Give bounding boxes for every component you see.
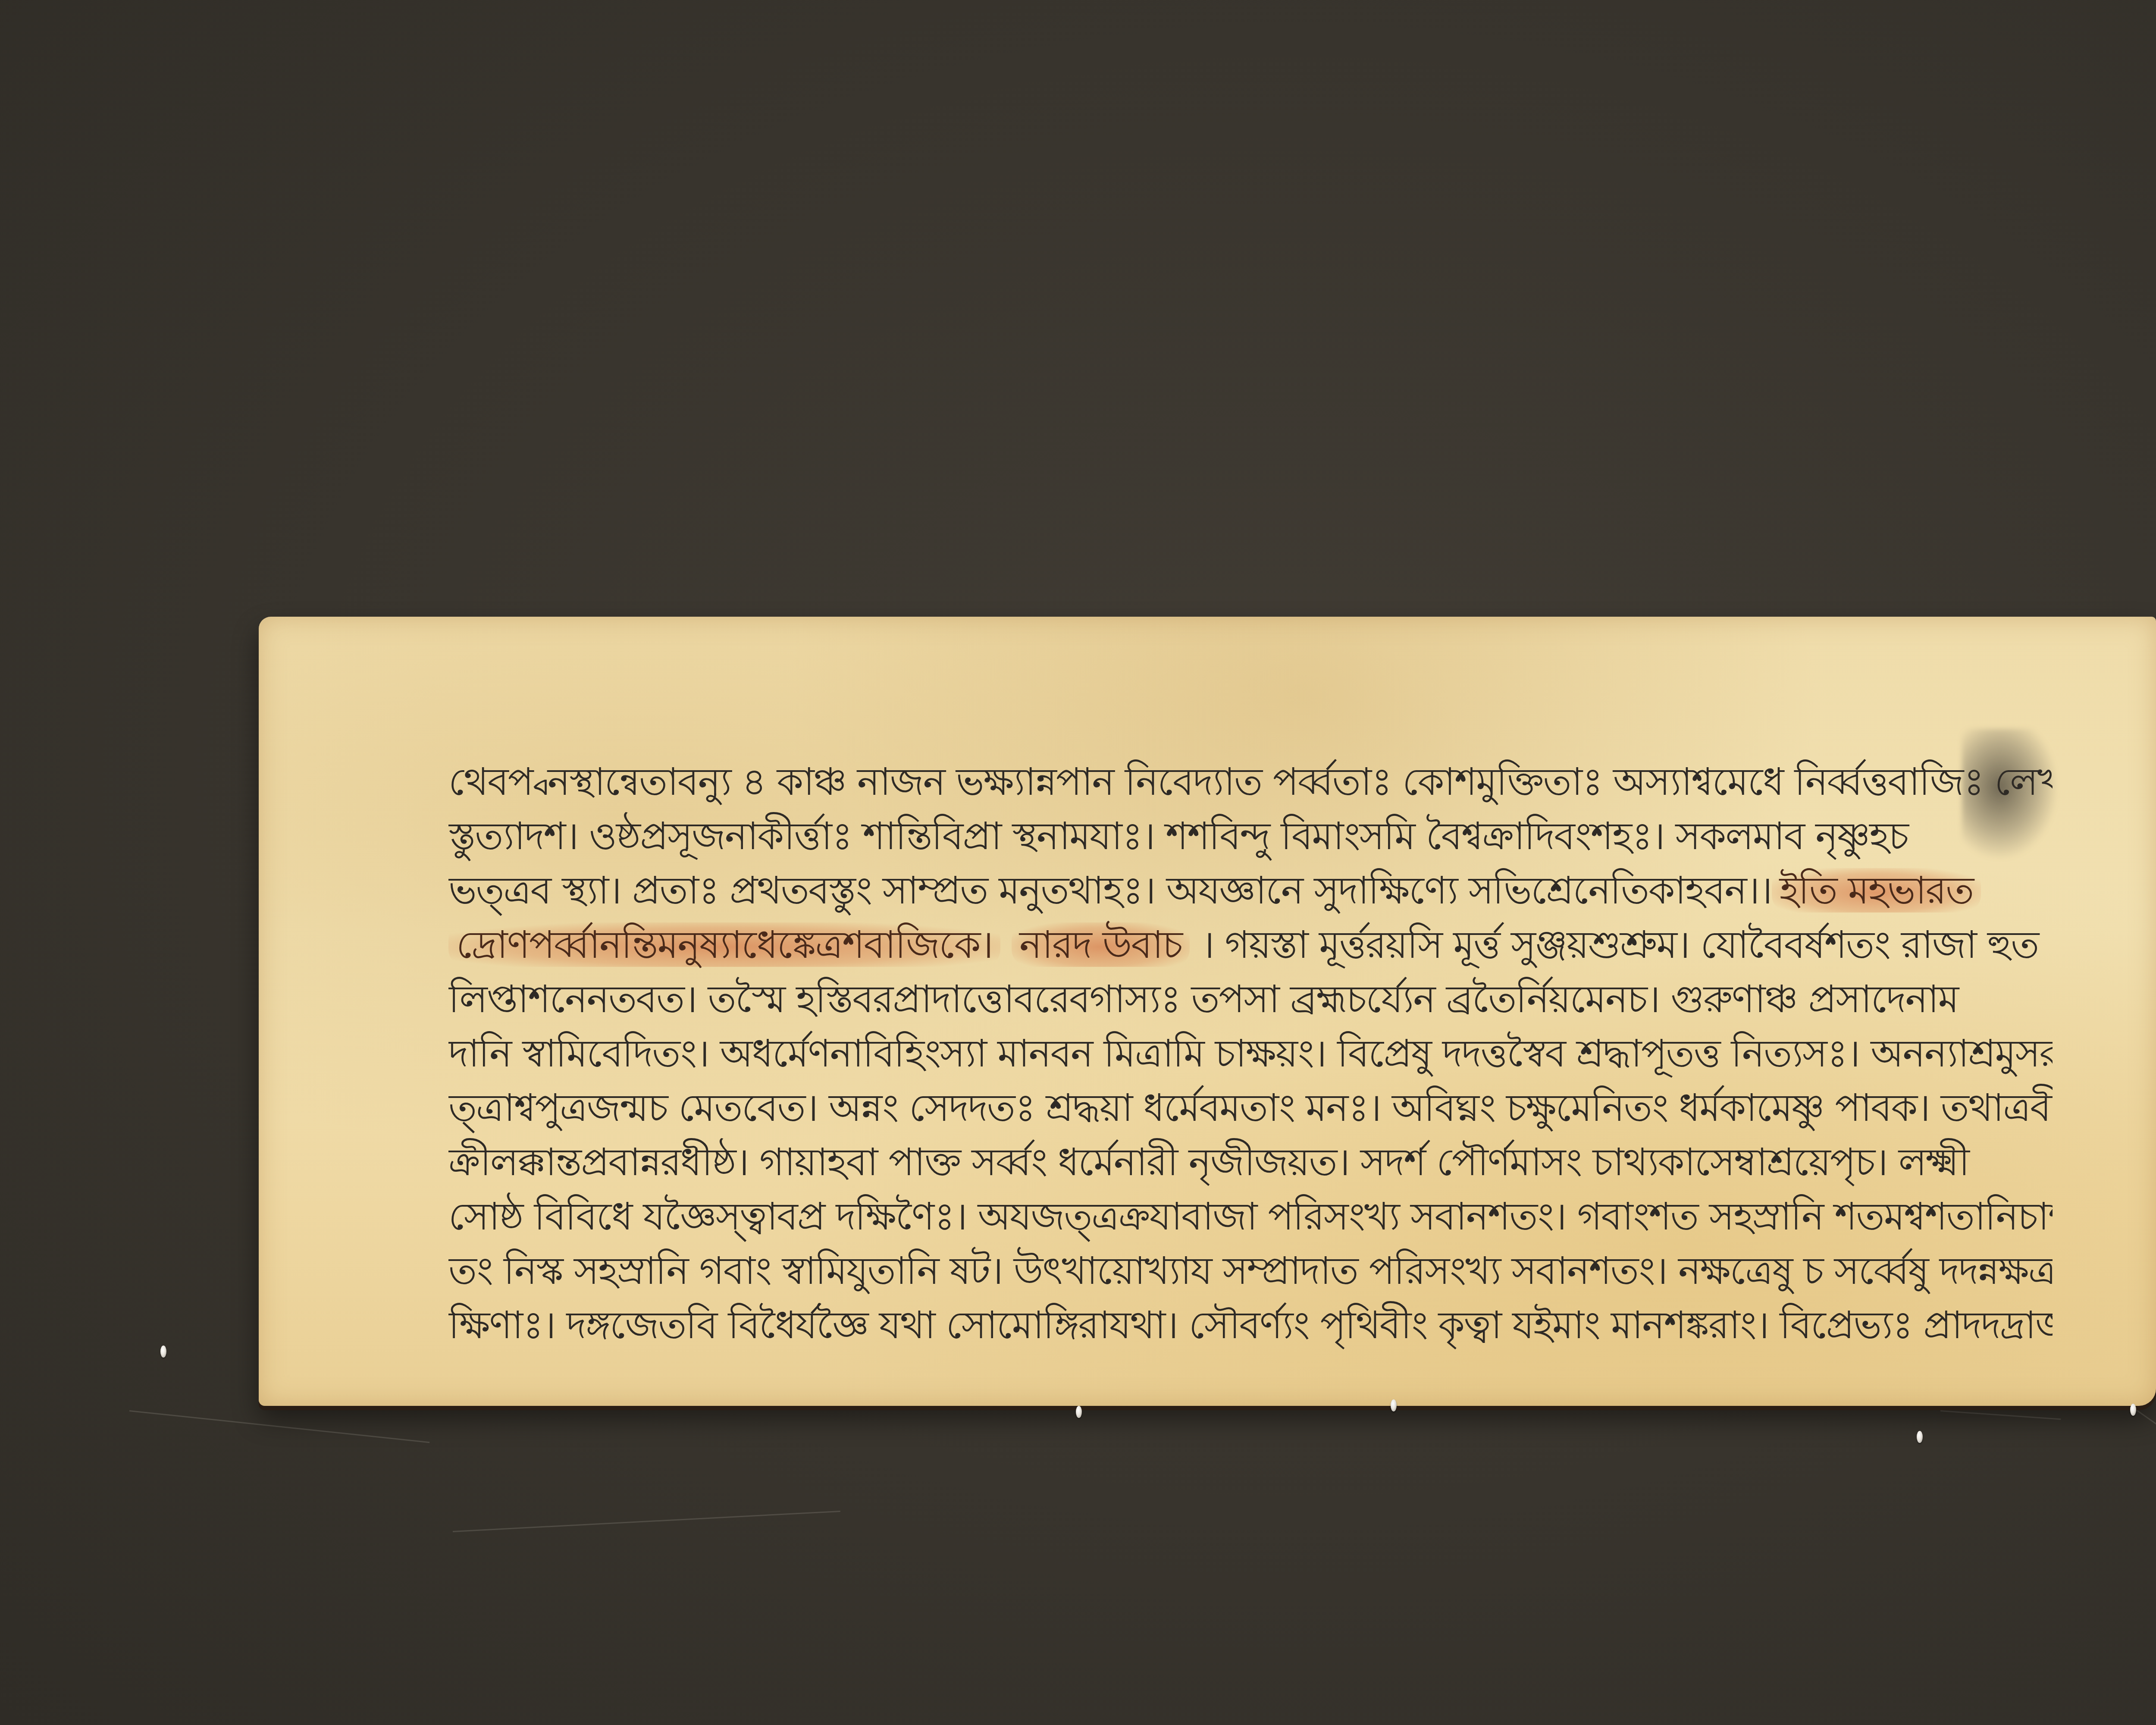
manuscript-line: সোষ্ঠ বিবিধে যজ্ঞৈস্ত্বাবপ্র দক্ষিণৈঃ। অ… (448, 1189, 2053, 1244)
line-text: তং নিস্ক সহস্রানি গবাং স্বামিযুতানি ষট। … (448, 1248, 2053, 1293)
line-text (1000, 922, 1012, 967)
line-text: ক্রীলক্কান্তপ্রবান্নরধীষ্ঠ। গায়াহবা পাক… (448, 1140, 1969, 1184)
manuscript-text: থেবপ্বনস্থান্বেতাবন্যু ৪ কাঞ্চ নাজন ভক্ষ… (448, 755, 2053, 1352)
mounting-pin (160, 1345, 166, 1358)
line-text: সোষ্ঠ বিবিধে যজ্ঞৈস্ত্বাবপ্র দক্ষিণৈঃ। অ… (448, 1194, 2053, 1239)
line-text: স্তুত্যাদশ। ওষ্ঠপ্রসূজনাকীর্ত্তাঃ শান্তি… (448, 814, 1908, 858)
manuscript-line: ক্রীলক্কান্তপ্রবান্নরধীষ্ঠ। গায়াহবা পাক… (448, 1135, 2053, 1189)
line-text: ত্ত্রাশ্বপুত্রজন্মচ মেতবেত। অন্নং সেদদতঃ… (448, 1085, 2053, 1130)
mounting-pin (1076, 1406, 1082, 1418)
manuscript-line: থেবপ্বনস্থান্বেতাবন্যু ৪ কাঞ্চ নাজন ভক্ষ… (448, 755, 2053, 809)
manuscript-folio: থেবপ্বনস্থান্বেতাবন্যু ৪ কাঞ্চ নাজন ভক্ষ… (259, 617, 2156, 1406)
mounting-pin (1917, 1431, 1923, 1443)
mounting-pin (2130, 1404, 2136, 1416)
manuscript-line: দানি স্বামিবেদিতং। অধর্মেণনাবিহিংস্যা মা… (448, 1026, 2053, 1081)
manuscript-line: ত্ত্রাশ্বপুত্রজন্মচ মেতবেত। অন্নং সেদদতঃ… (448, 1081, 2053, 1135)
manuscript-line: ক্ষিণাঃ। দঙ্গজেতবি বিধৈর্যজ্ঞৈ যথা সোমোঙ… (448, 1298, 2053, 1352)
rubric-text: নারদ উবাচ (1012, 922, 1190, 967)
line-text: থেবপ্বনস্থান্বেতাবন্যু ৪ কাঞ্চ নাজন ভক্ষ… (448, 759, 2053, 804)
manuscript-line: তং নিস্ক সহস্রানি গবাং স্বামিযুতানি ষট। … (448, 1244, 2053, 1298)
manuscript-line: লিপ্তাশনেনতবত। তস্মৈ হস্তিবরপ্রাদাত্তোবর… (448, 972, 2053, 1026)
line-text: দানি স্বামিবেদিতং। অধর্মেণনাবিহিংস্যা মা… (448, 1031, 2053, 1076)
manuscript-line: ভত্ত্রব স্থ্যা। প্রতাঃ প্রথতবস্তুং সাম্প… (448, 863, 2053, 918)
line-text: লিপ্তাশনেনতবত। তস্মৈ হস্তিবরপ্রাদাত্তোবর… (448, 977, 1958, 1021)
line-text: । গয়স্তা মূর্ত্তরয়সি মূর্ত্ত সুঞ্জয়শু… (1190, 922, 2038, 967)
line-text: ক্ষিণাঃ। দঙ্গজেতবি বিধৈর্যজ্ঞৈ যথা সোমোঙ… (448, 1303, 2053, 1347)
mounting-pin (1391, 1399, 1397, 1411)
line-text: ভত্ত্রব স্থ্যা। প্রতাঃ প্রথতবস্তুং সাম্প… (448, 868, 1772, 913)
manuscript-line: স্তুত্যাদশ। ওষ্ঠপ্রসূজনাকীর্ত্তাঃ শান্তি… (448, 809, 2053, 863)
manuscript-line: দ্রোণপর্ব্বানন্তিমনুষ্যাধেঙ্কেত্রশবাজিকে… (448, 918, 2053, 972)
rubric-text: দ্রোণপর্ব্বানন্তিমনুষ্যাধেঙ্কেত্রশবাজিকে… (448, 922, 1000, 967)
rubric-text: ইতি মহভারত (1772, 868, 1981, 913)
